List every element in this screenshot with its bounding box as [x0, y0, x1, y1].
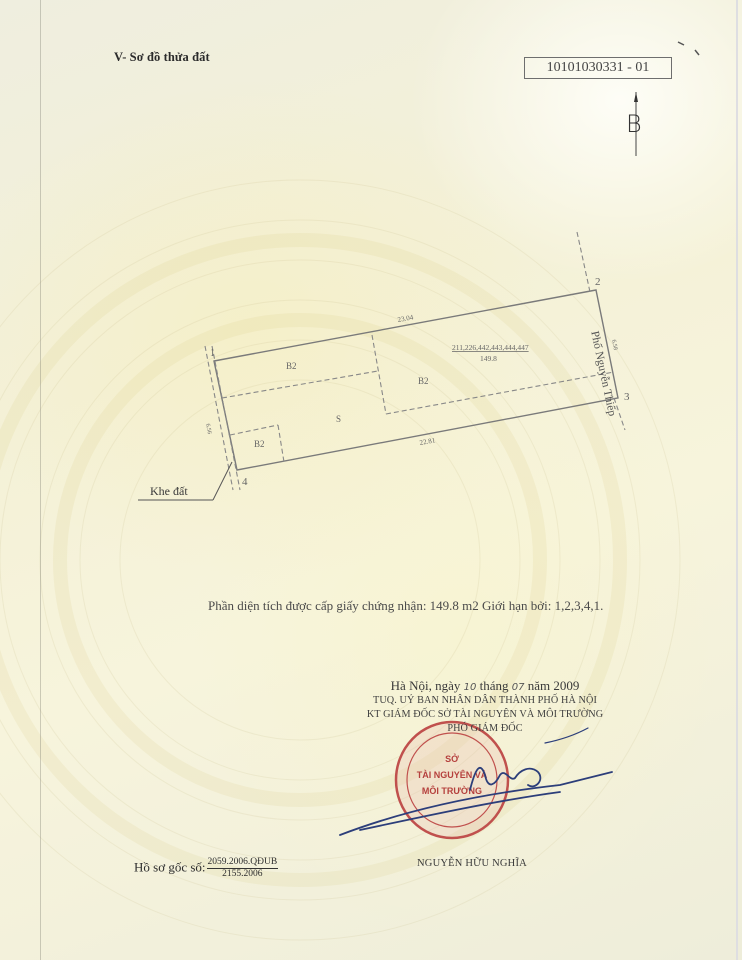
record-number: 2059.2006.QĐUB2155.2006	[207, 857, 279, 880]
bottom-edge-length: 22.81	[419, 436, 436, 447]
corner-label-3: 3	[624, 391, 630, 403]
corner-label-4: 4	[242, 476, 248, 488]
zone-b2-bottom-left: B2	[254, 439, 265, 449]
area-statement: Phần diện tích được cấp giấy chứng nhận:…	[208, 598, 603, 614]
svg-text:MÔI TRƯỜNG: MÔI TRƯỜNG	[422, 785, 482, 796]
signer-name: NGUYỄN HỮU NGHĨA	[417, 858, 527, 869]
official-stamp: SỞ TÀI NGUYÊN VÀ MÔI TRƯỜNG	[390, 718, 520, 843]
zone-b2-main: B2	[418, 376, 429, 386]
signature-block: Hà Nội, ngày 10 tháng 07 năm 2009 TUQ. U…	[320, 678, 650, 736]
issue-month: 07	[512, 682, 525, 693]
parcel-ids: 211,226,442,443,444,447	[452, 343, 529, 352]
left-edge-length: 6.56	[204, 423, 212, 435]
issue-day: 10	[464, 682, 477, 693]
original-record: Hồ sơ gốc số:2059.2006.QĐUB2155.2006	[134, 857, 278, 880]
org-line-3: PHÓ GIÁM ĐỐC	[320, 722, 650, 736]
right-edge-length: 6.58	[610, 339, 618, 351]
org-line-2: KT GIÁM ĐỐC SỞ TÀI NGUYÊN VÀ MÔI TRƯỜNG	[320, 708, 650, 722]
gap-label: Khe đất	[150, 484, 188, 499]
parcel-area: 149.8	[480, 354, 497, 363]
parcel-diagram: 1 2 3 4 23.04 22.81 6.56 6.58 B2 B2 B2 S…	[0, 0, 742, 960]
issue-date: Hà Nội, ngày 10 tháng 07 năm 2009	[320, 678, 650, 694]
org-line-1: TUQ. UỶ BAN NHÂN DÂN THÀNH PHỐ HÀ NỘI	[320, 694, 650, 708]
zone-b2-top-left: B2	[286, 361, 297, 371]
corner-label-2: 2	[595, 276, 601, 288]
corner-label-1: 1	[210, 348, 215, 359]
zone-s: S	[336, 414, 341, 424]
svg-text:SỞ: SỞ	[445, 753, 459, 764]
svg-text:TÀI NGUYÊN VÀ: TÀI NGUYÊN VÀ	[417, 769, 488, 780]
top-edge-length: 23.04	[397, 313, 414, 324]
